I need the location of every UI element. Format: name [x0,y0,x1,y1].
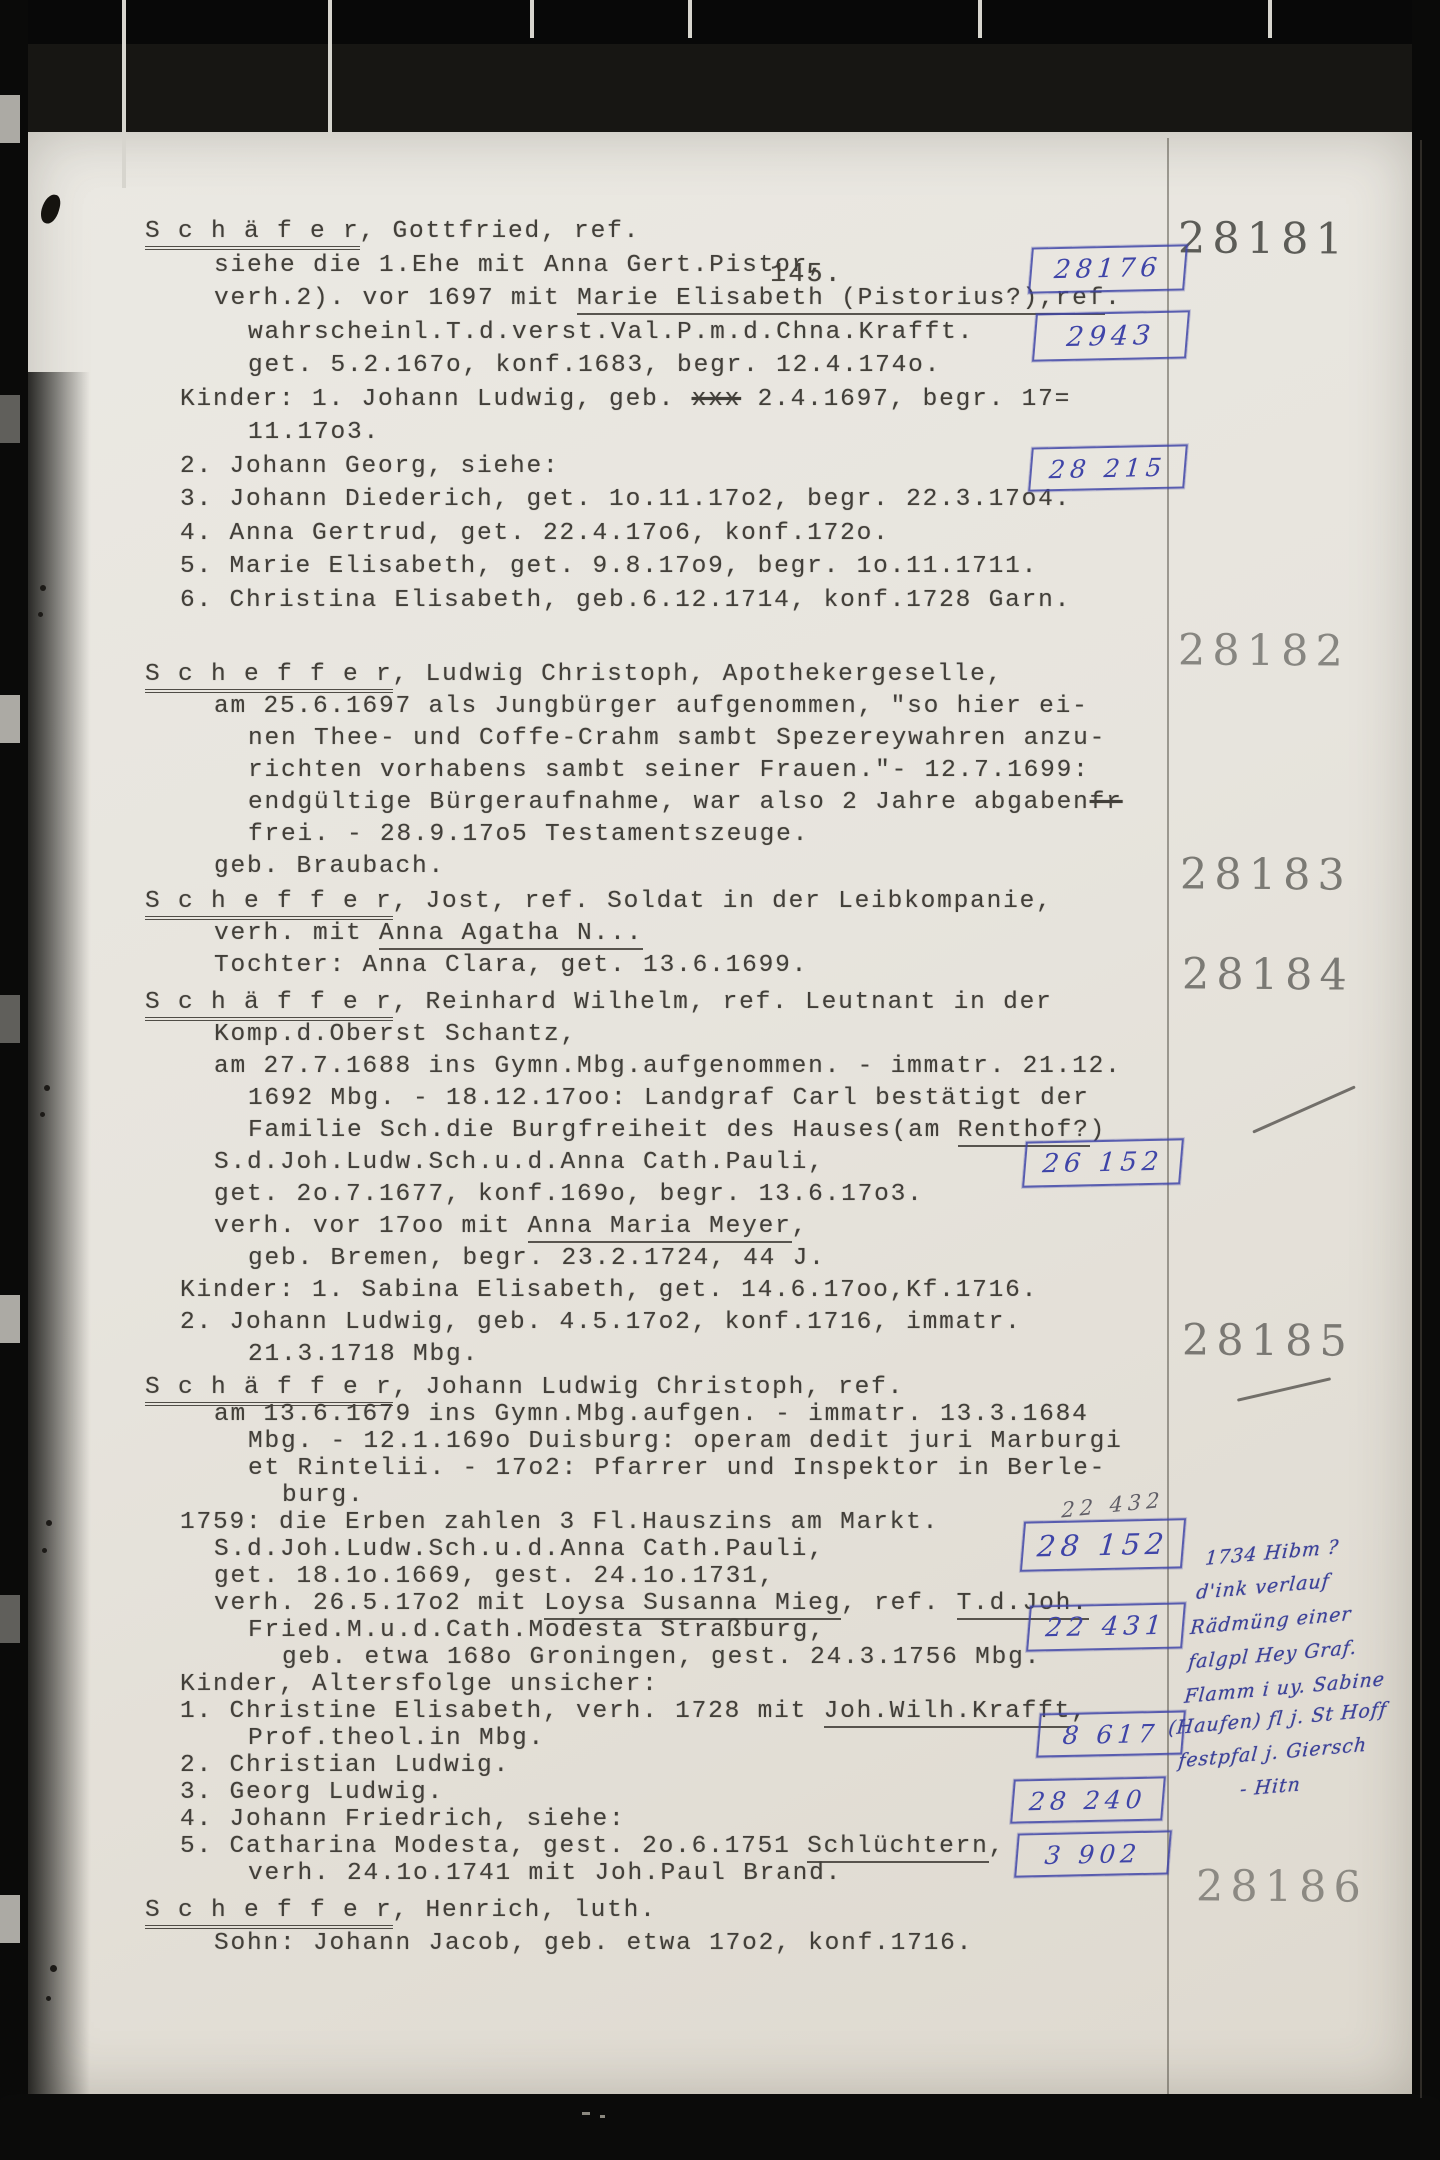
typewritten-line: 1. Christine Elisabeth, verh. 1728 mit J… [180,1698,1088,1725]
typewritten-line: am 13.6.1679 ins Gymn.Mbg.aufgen. - imma… [214,1401,1089,1428]
text-segment: 1692 Mbg. - 18.12.17oo: Landgraf Carl be… [248,1085,1090,1112]
text-segment: Tochter: Anna Clara, get. 13.6.1699. [214,952,808,979]
text-segment: 4. Anna Gertrud, get. 22.4.17o6, konf.17… [180,520,890,547]
text-segment: Familie Sch.die Burgfreiheit des Hauses(… [248,1117,958,1144]
typewritten-line: verh. 24.1o.1741 mit Joh.Paul Brand. [248,1860,842,1887]
typewritten-line: Mbg. - 12.1.169o Duisburg: operam dedit … [248,1428,1123,1455]
typewritten-line: Sohn: Johann Jacob, geb. etwa 17o2, konf… [214,1930,973,1957]
paper-speck [46,1996,51,2001]
text-segment: verh. mit [214,920,379,947]
entry-header-line: S c h ä f e r, Gottfried, ref. [145,218,640,245]
text-segment: , Jost, ref. Soldat in der Leibkompanie, [393,888,1053,915]
handwritten-marginal-note: 1734 Hibm ? [1204,1536,1340,1570]
text-segment: get. 18.1o.1669, gest. 24.1o.1731, [214,1563,775,1590]
reference-number-box: 8 617 [1036,1710,1186,1757]
text-segment: verh. vor 17oo mit [214,1213,528,1240]
text-segment: Kinder: 1. Johann Ludwig, geb. [180,386,692,413]
surname-double-underlined: S c h e f f e r [145,1897,393,1929]
text-segment: Sohn: Johann Jacob, geb. etwa 17o2, konf… [214,1930,973,1957]
typewritten-line: verh. vor 17oo mit Anna Maria Meyer, [214,1213,808,1240]
reference-number-box: 22 431 [1026,1602,1186,1651]
text-segment: 2. Johann Georg, siehe: [180,453,560,480]
typewritten-line: verh. mit Anna Agatha N... [214,920,643,947]
text-segment: 2. Christian Ludwig. [180,1752,510,1779]
text-segment: endgültige Bürgeraufnahme, war also 2 Ja… [248,789,1090,816]
underlined-name: Anna Maria Meyer [528,1213,792,1243]
film-bottom-mark [600,2115,605,2118]
text-segment: am 25.6.1697 als Jungbürger aufgenommen,… [214,693,1089,720]
struck-out-text: fr [1090,789,1123,816]
stamped-entry-number: 28182 [1178,625,1350,676]
typewritten-line: 5. Catharina Modesta, gest. 2o.6.1751 Sc… [180,1833,1005,1860]
typewritten-line: frei. - 28.9.17o5 Testamentszeuge. [248,821,809,848]
text-segment: , [792,1213,809,1240]
typewritten-line: Familie Sch.die Burgfreiheit des Hauses(… [248,1117,1106,1144]
typewritten-line: Tochter: Anna Clara, get. 13.6.1699. [214,952,808,979]
film-sprocket-hole [0,695,20,743]
text-segment: 11.17o3. [248,419,380,446]
typewritten-line: S.d.Joh.Ludw.Sch.u.d.Anna Cath.Pauli, [214,1149,825,1176]
handwritten-marginal-note: festpfal j. Giersch [1177,1734,1368,1773]
text-segment: 5. Marie Elisabeth, get. 9.8.17o9, begr.… [180,553,1038,580]
text-segment: verh. 26.5.17o2 mit [214,1590,544,1617]
typewritten-line: get. 5.2.167o, konf.1683, begr. 12.4.174… [248,352,941,379]
text-segment: 1759: die Erben zahlen 3 Fl.Hauszins am … [180,1509,939,1536]
reference-number-box: 28 240 [1010,1776,1166,1823]
reference-number-box: 28 152 [1020,1518,1186,1571]
text-segment: siehe die 1.Ehe mit Anna Gert.Pistor, [214,252,825,279]
paper-speck [42,1548,47,1553]
film-sprocket-hole [0,1595,20,1643]
text-segment: , Reinhard Wilhelm, ref. Leutnant in der [393,989,1053,1016]
entry-header-line: S c h e f f e r, Ludwig Christoph, Apoth… [145,661,1003,688]
film-right-band [1412,0,1440,2160]
entry-header-line: S c h e f f e r, Henrich, luth. [145,1897,657,1924]
pencil-slash-mark [1237,1377,1331,1402]
pencil-slash-mark [1252,1085,1356,1133]
film-sprocket-hole [0,1895,20,1943]
underlined-name: Schlüchtern [807,1833,989,1863]
handwritten-marginal-note: falgpl Hey Graf. [1187,1636,1358,1673]
typewritten-line: 4. Johann Friedrich, siehe: [180,1806,626,1833]
typewritten-line: 1759: die Erben zahlen 3 Fl.Hauszins am … [180,1509,939,1536]
text-segment: am 13.6.1679 ins Gymn.Mbg.aufgen. - imma… [214,1401,1089,1428]
typewritten-line: S.d.Joh.Ludw.Sch.u.d.Anna Cath.Pauli, [214,1536,825,1563]
text-segment: Komp.d.Oberst Schantz, [214,1021,577,1048]
text-segment: , Gottfried, ref. [360,218,641,245]
paper-ink-blot [38,192,62,225]
stamped-entry-number: 28186 [1196,1861,1368,1912]
stamped-entry-number: 28185 [1182,1315,1354,1366]
entry-header-line: S c h ä f f e r, Reinhard Wilhelm, ref. … [145,989,1053,1016]
film-sprocket-hole [0,395,20,443]
film-sprocket-hole [0,995,20,1043]
film-tick-mark [122,0,126,188]
text-segment: 6. Christina Elisabeth, geb.6.12.1714, k… [180,587,1071,614]
text-segment: 21.3.1718 Mbg. [248,1341,479,1368]
text-segment: burg. [282,1482,365,1509]
text-segment: verh. 24.1o.1741 mit Joh.Paul Brand. [248,1860,842,1887]
typewritten-line: burg. [282,1482,365,1509]
paper: 145. 28181S c h ä f e r, Gottfried, ref.… [28,132,1412,2094]
typewritten-line: Kinder: 1. Johann Ludwig, geb. xxx 2.4.1… [180,386,1071,413]
text-segment: richten vorhabens sambt seiner Frauen."-… [248,757,1090,784]
reference-number-box: 2943 [1032,310,1190,361]
typewritten-line: am 25.6.1697 als Jungbürger aufgenommen,… [214,693,1089,720]
text-segment: 1. Christine Elisabeth, verh. 1728 mit [180,1698,824,1725]
typewritten-line: get. 18.1o.1669, gest. 24.1o.1731, [214,1563,775,1590]
typewritten-line: Fried.M.u.d.Cath.Modesta Straßburg, [248,1617,826,1644]
paper-speck [40,1112,45,1117]
text-segment: , Henrich, luth. [393,1897,657,1924]
typewritten-line: 3. Georg Ludwig. [180,1779,444,1806]
typewritten-line: endgültige Bürgeraufnahme, war also 2 Ja… [248,789,1123,816]
text-segment: 3. Johann Diederich, get. 1o.11.17o2, be… [180,486,1071,513]
typewritten-line: nen Thee- und Coffe-Crahm sambt Spezerey… [248,725,1106,752]
typewritten-line: 3. Johann Diederich, get. 1o.11.17o2, be… [180,486,1071,513]
typewritten-line: 6. Christina Elisabeth, geb.6.12.1714, k… [180,587,1071,614]
entry-header-line: S c h e f f e r, Jost, ref. Soldat in de… [145,888,1053,915]
surname-double-underlined: S c h e f f e r [145,661,393,693]
text-segment: verh.2). vor 1697 mit [214,285,577,312]
typewritten-line: Kinder, Altersfolge unsicher: [180,1671,659,1698]
typewritten-line: get. 2o.7.1677, konf.169o, begr. 13.6.17… [214,1181,924,1208]
typewritten-line: 11.17o3. [248,419,380,446]
text-segment: get. 5.2.167o, konf.1683, begr. 12.4.174… [248,352,941,379]
text-segment: , ref. [841,1590,957,1617]
text-segment: get. 2o.7.1677, konf.169o, begr. 13.6.17… [214,1181,924,1208]
film-tick-mark [688,0,692,38]
text-segment: , Ludwig Christoph, Apothekergeselle, [393,661,1004,688]
text-segment: am 27.7.1688 ins Gymn.Mbg.aufgenommen. -… [214,1053,1122,1080]
entry-header-line: S c h ä f f e r, Johann Ludwig Christoph… [145,1374,904,1401]
film-tick-mark [530,0,534,38]
surname-double-underlined: S c h ä f e r [145,218,360,250]
text-segment: , Johann Ludwig Christoph, ref. [393,1374,905,1401]
film-tick-mark [328,0,332,134]
film-bottom-mark [582,2112,590,2115]
reference-number-box: 28176 [1028,244,1188,293]
reference-number-box: 3 902 [1014,1830,1172,1877]
handwritten-marginal-note: Rädmüng einer [1189,1603,1352,1639]
surname-double-underlined: S c h e f f e r [145,888,393,920]
film-tick-mark [978,0,982,38]
stamped-entry-number: 28181 [1178,213,1350,264]
microfilm-scan-page: 145. 28181S c h ä f e r, Gottfried, ref.… [0,0,1440,2160]
underlined-name: Loysa Susanna Mieg [544,1590,841,1620]
handwritten-marginal-note: d'ink verlauf [1195,1570,1330,1604]
text-segment: frei. - 28.9.17o5 Testamentszeuge. [248,821,809,848]
typewritten-line: wahrscheinl.T.d.verst.Val.P.m.d.Chna.Kra… [248,319,974,346]
reference-number-box: 26 152 [1022,1138,1184,1187]
film-edge-line [1420,140,1422,2098]
surname-double-underlined: S c h ä f f e r [145,989,393,1021]
paper-speck [38,612,43,617]
underlined-name: Anna Agatha N... [379,920,643,950]
film-bottom-band [0,2094,1440,2160]
film-sprocket-hole [0,1295,20,1343]
typewritten-line: geb. etwa 168o Groningen, gest. 24.3.175… [282,1644,1041,1671]
stamped-entry-number: 28183 [1180,849,1352,900]
text-segment: et Rintelii. - 17o2: Pfarrer und Inspekt… [248,1455,1106,1482]
paper-speck [44,1085,50,1091]
text-segment: nen Thee- und Coffe-Crahm sambt Spezerey… [248,725,1106,752]
film-top-band-inner [0,44,1440,134]
text-segment: geb. etwa 168o Groningen, gest. 24.3.175… [282,1644,1041,1671]
paper-speck [50,1965,57,1972]
text-segment: 3. Georg Ludwig. [180,1779,444,1806]
typewritten-line: 2. Johann Ludwig, geb. 4.5.17o2, konf.17… [180,1309,1022,1336]
struck-out-text: xxx [692,386,742,413]
stamped-entry-number: 28184 [1182,949,1354,1000]
text-segment: Fried.M.u.d.Cath.Modesta Straßburg, [248,1617,826,1644]
underlined-name: Marie Elisabeth (Pistorius?),ref [577,285,1105,315]
text-segment: , [989,1833,1006,1860]
typewritten-line: 2. Johann Georg, siehe: [180,453,560,480]
text-segment: geb. Braubach. [214,853,445,880]
text-segment: 4. Johann Friedrich, siehe: [180,1806,626,1833]
typewritten-line: verh.2). vor 1697 mit Marie Elisabeth (P… [214,285,1122,312]
text-segment: geb. Bremen, begr. 23.2.1724, 44 J. [248,1245,826,1272]
typewritten-line: 2. Christian Ludwig. [180,1752,510,1779]
paper-speck [40,585,46,591]
typewritten-line: richten vorhabens sambt seiner Frauen."-… [248,757,1090,784]
text-segment: 2. Johann Ludwig, geb. 4.5.17o2, konf.17… [180,1309,1022,1336]
typewritten-line: Komp.d.Oberst Schantz, [214,1021,577,1048]
typewritten-line: 5. Marie Elisabeth, get. 9.8.17o9, begr.… [180,553,1038,580]
typewritten-line: siehe die 1.Ehe mit Anna Gert.Pistor, [214,252,825,279]
paper-speck [46,1520,52,1526]
typewritten-line: 4. Anna Gertrud, get. 22.4.17o6, konf.17… [180,520,890,547]
typewritten-line: verh. 26.5.17o2 mit Loysa Susanna Mieg, … [214,1590,1089,1617]
text-segment: 2.4.1697, begr. 17= [741,386,1071,413]
text-segment: Prof.theol.in Mbg. [248,1725,545,1752]
typewritten-line: 1692 Mbg. - 18.12.17oo: Landgraf Carl be… [248,1085,1090,1112]
typewritten-line: geb. Braubach. [214,853,445,880]
text-segment: S.d.Joh.Ludw.Sch.u.d.Anna Cath.Pauli, [214,1536,825,1563]
text-segment: wahrscheinl.T.d.verst.Val.P.m.d.Chna.Kra… [248,319,974,346]
reference-number-box: 28 215 [1028,444,1188,491]
film-sprocket-hole [0,95,20,143]
typewritten-line: geb. Bremen, begr. 23.2.1724, 44 J. [248,1245,826,1272]
text-segment: S.d.Joh.Ludw.Sch.u.d.Anna Cath.Pauli, [214,1149,825,1176]
underlined-name: Joh.Wilh.Krafft [824,1698,1072,1728]
column-rule-line [1167,138,1169,2094]
film-tick-mark [1268,0,1272,38]
film-top-band [0,0,1440,44]
text-segment: Kinder: 1. Sabina Elisabeth, get. 14.6.1… [180,1277,1038,1304]
text-segment: Kinder, Altersfolge unsicher: [180,1671,659,1698]
typewritten-line: et Rintelii. - 17o2: Pfarrer und Inspekt… [248,1455,1106,1482]
paper-edge-shadow [28,372,90,2094]
film-left-band [0,0,28,2160]
handwritten-marginal-note: - Hitn [1239,1773,1302,1801]
typewritten-line: am 27.7.1688 ins Gymn.Mbg.aufgenommen. -… [214,1053,1122,1080]
typewritten-line: Kinder: 1. Sabina Elisabeth, get. 14.6.1… [180,1277,1038,1304]
typewritten-line: Prof.theol.in Mbg. [248,1725,545,1752]
typewritten-line: 21.3.1718 Mbg. [248,1341,479,1368]
text-segment: Mbg. - 12.1.169o Duisburg: operam dedit … [248,1428,1123,1455]
text-segment: 5. Catharina Modesta, gest. 2o.6.1751 [180,1833,807,1860]
